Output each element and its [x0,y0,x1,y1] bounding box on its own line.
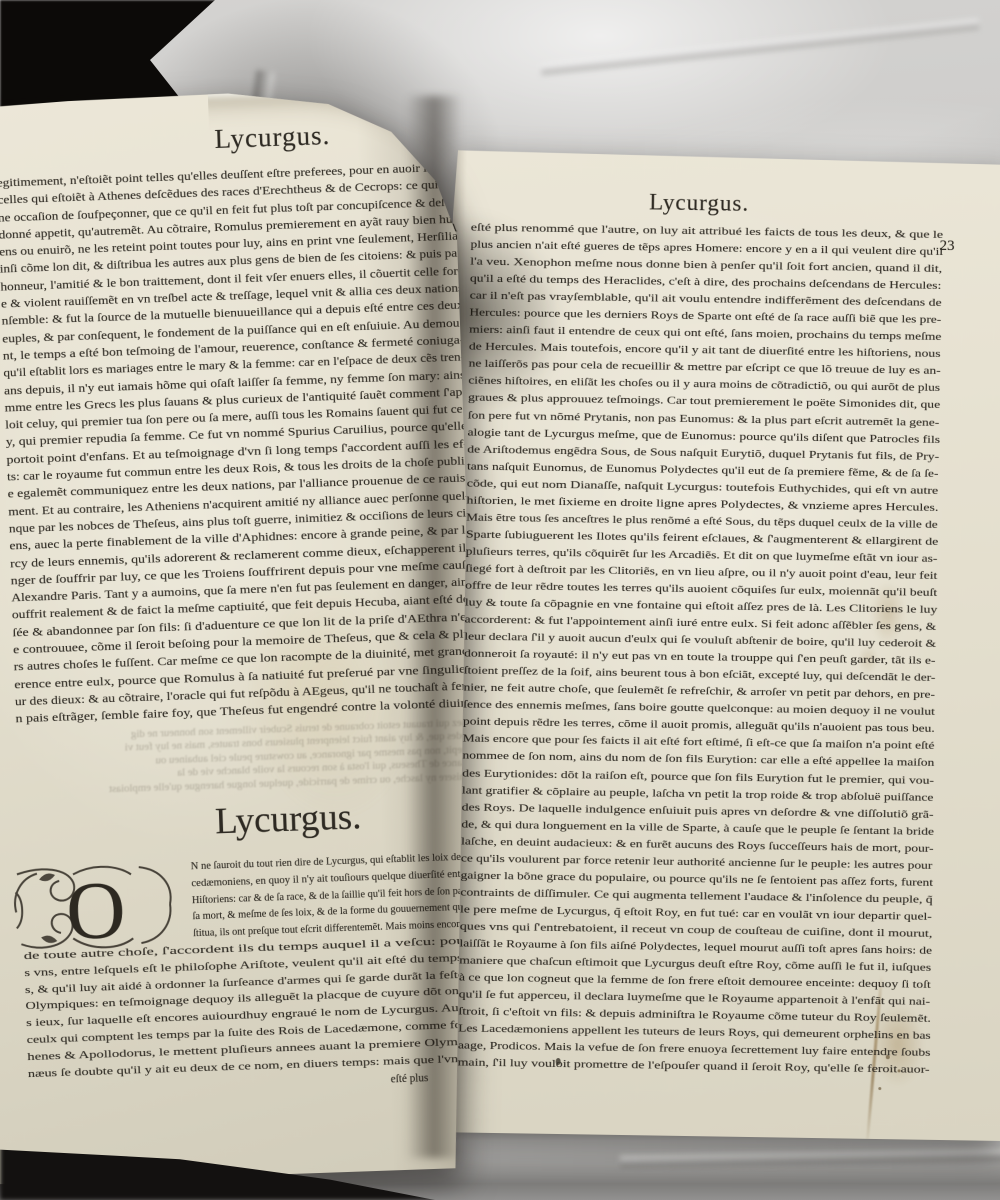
gutter-shadow [406,96,462,1158]
drop-cap-letter: O [65,864,127,953]
drop-cap-woodcut: O [9,861,184,953]
photo-canvas: Lycurgus. 23 A eſté plus renommé que l'a… [0,0,1000,1200]
foxing-spot [878,1087,881,1090]
showthrough-text: sez qui trauaut estoit cobraune de terui… [26,716,468,799]
